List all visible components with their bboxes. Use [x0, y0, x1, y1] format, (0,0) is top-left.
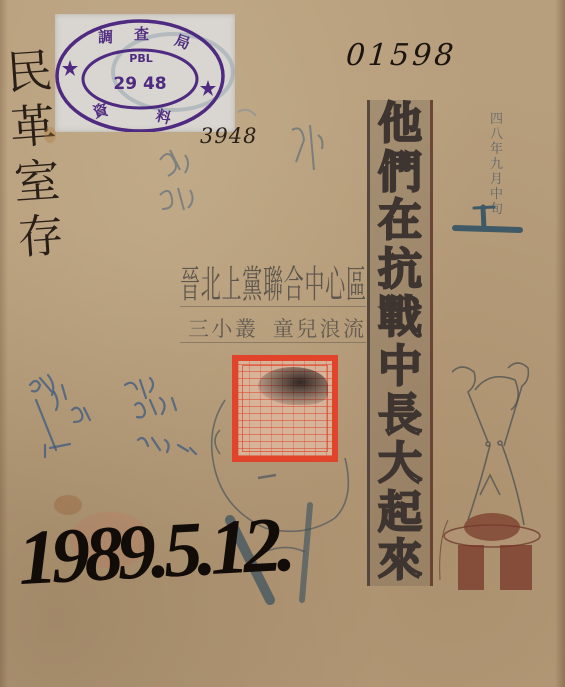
red-seal: [232, 355, 338, 462]
t-mark-icon: [455, 207, 520, 230]
figure-drawing: [452, 363, 528, 525]
handwritten-date: 1989.5.12.: [16, 499, 292, 603]
pencil-scribbles-left: [30, 375, 196, 457]
stool-drawing: [440, 513, 540, 590]
pencil-scribbles-top: [160, 110, 323, 210]
book-cover: 調 查 局 資 料 PBL 29 48 01598 3948 民革室存 四八年九…: [0, 0, 565, 687]
paper-stains: [44, 127, 150, 568]
pencil-smudge: [258, 367, 328, 405]
